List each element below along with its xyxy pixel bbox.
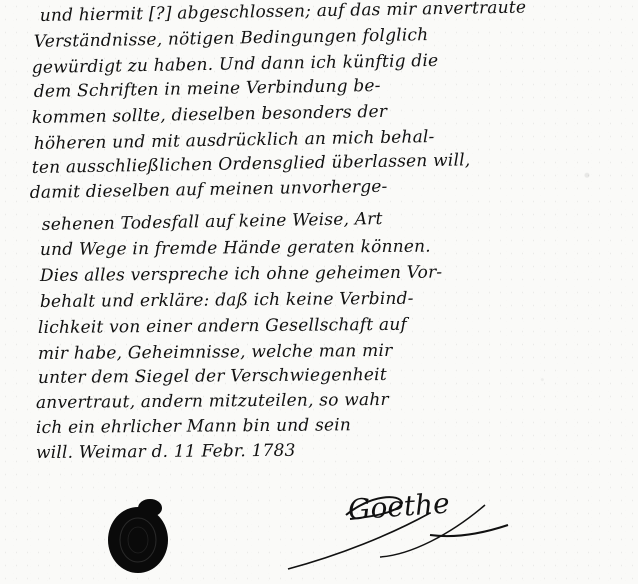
handwritten-line: sehenen Todesfall auf keine Weise, Art [42, 209, 383, 235]
document-page: und hiermit [?] abgeschlossen; auf das m… [0, 0, 638, 584]
handwritten-line: Dies alles verspreche ich ohne geheimen … [40, 262, 443, 286]
handwritten-line: anvertraut, andern mitzuteilen, so wahr [36, 390, 389, 413]
handwritten-line: höheren und mit ausdrücklich an mich beh… [34, 127, 435, 154]
handwritten-line: behalt und erkläre: daß ich keine Verbin… [40, 289, 414, 312]
handwritten-line: will. Weimar d. 11 Febr. 1783 [36, 441, 296, 463]
handwritten-line: kommen sollte, dieselben besonders der [32, 102, 388, 128]
handwritten-line: und hiermit [?] abgeschlossen; auf das m… [40, 0, 527, 26]
handwritten-line: ten ausschließlichen Ordensglied überlas… [32, 150, 471, 178]
handwritten-line: dem Schriften in meine Verbindung be- [34, 76, 381, 102]
handwritten-line: und Wege in fremde Hände geraten können. [40, 237, 431, 260]
wax-seal-icon [104, 494, 176, 576]
handwritten-line: unter dem Siegel der Verschwiegenheit [38, 365, 387, 388]
handwritten-line: mir habe, Geheimnisse, welche man mir [38, 341, 393, 364]
handwritten-line: damit dieselben auf meinen unvorherge- [30, 177, 388, 203]
handwritten-line: Verständnisse, nötigen Bedingungen folgl… [34, 25, 429, 52]
handwritten-line: ich ein ehrlicher Mann bin und sein [36, 415, 351, 438]
signature: Goethe [347, 486, 451, 526]
handwritten-line: gewürdigt zu haben. Und dann ich künftig… [32, 51, 439, 78]
handwritten-line: lichkeit von einer andern Gesellschaft a… [38, 315, 407, 338]
